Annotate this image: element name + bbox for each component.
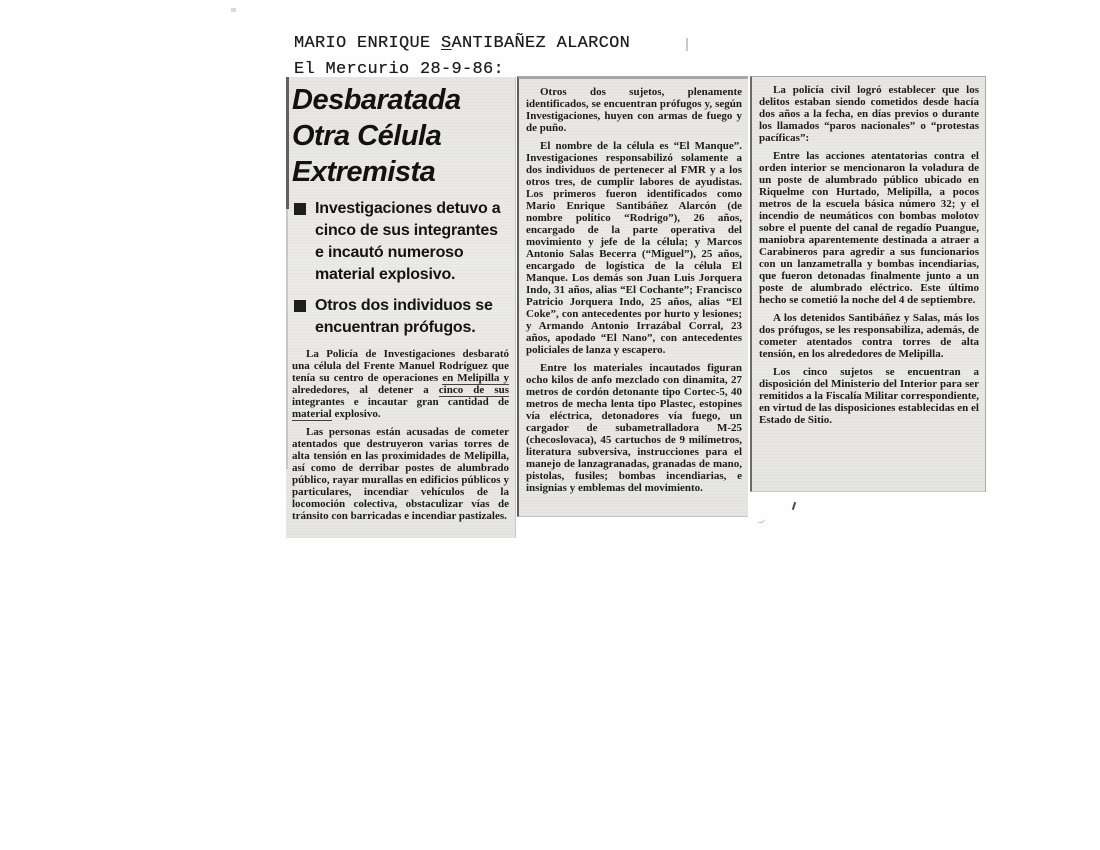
scan-speck (231, 8, 236, 12)
article-paragraph: Las personas están acusadas de cometer a… (292, 426, 509, 522)
scan-speck (756, 516, 766, 524)
annotation-name-pre: MARIO ENRIQUE (294, 34, 441, 53)
scan-speck (792, 502, 796, 510)
article-paragraph: Otros dos sujetos, plenamente identifica… (526, 86, 742, 134)
scan-speck (686, 38, 688, 51)
headline-line: Desbaratada (292, 82, 509, 118)
article-paragraph: La Policía de Investigaciones desbarató … (292, 348, 509, 420)
annotation-name-line: MARIO ENRIQUE SANTIBAÑEZ ALARCON (294, 31, 630, 57)
article-paragraph: El nombre de la célula es “El Manque”. I… (526, 140, 742, 356)
article-paragraph: Entre los materiales incautados figuran … (526, 362, 742, 494)
annotation-name-underlined-letter: S (441, 34, 452, 53)
article-paragraph: A los detenidos Santibáñez y Salas, más … (759, 312, 979, 360)
square-bullet-icon (294, 203, 306, 215)
article-paragraph: La policía civil logró establecer que lo… (759, 84, 979, 144)
article-headline: Desbaratada Otra Célula Extremista (292, 82, 509, 190)
square-bullet-icon (294, 300, 306, 312)
paragraph-text: alrededores, al detener a (292, 384, 439, 396)
headline-line: Otra Célula (292, 118, 509, 154)
scanned-newspaper-page: MARIO ENRIQUE SANTIBAÑEZ ALARCON El Merc… (0, 0, 1100, 850)
annotation-name-rest: ANTIBAÑEZ ALARCON (452, 34, 631, 53)
subhead-bullet-item: Investigaciones detuvo a cinco de sus in… (292, 198, 509, 286)
paragraph-text: integrantes e incautar gran cantidad de (292, 396, 509, 408)
paragraph-text: explosivo. (332, 408, 381, 420)
pen-underlined-text: material (292, 408, 332, 421)
subhead-bullet-item: Otros dos individuos se encuentran prófu… (292, 295, 509, 339)
clipping-column-left: Desbaratada Otra Célula Extremista Inves… (286, 77, 516, 538)
clipping-column-right: La policía civil logró establecer que lo… (750, 76, 986, 492)
clipping-column-middle: Otros dos sujetos, plenamente identifica… (517, 76, 748, 517)
article-paragraph: Los cinco sujetos se encuentran a dispos… (759, 366, 979, 426)
subhead-text: Investigaciones detuvo a cinco de sus in… (315, 198, 509, 286)
article-paragraph: Entre las acciones atentatorias contra e… (759, 150, 979, 306)
subhead-text: Otros dos individuos se encuentran prófu… (315, 295, 509, 339)
headline-line: Extremista (292, 154, 509, 190)
